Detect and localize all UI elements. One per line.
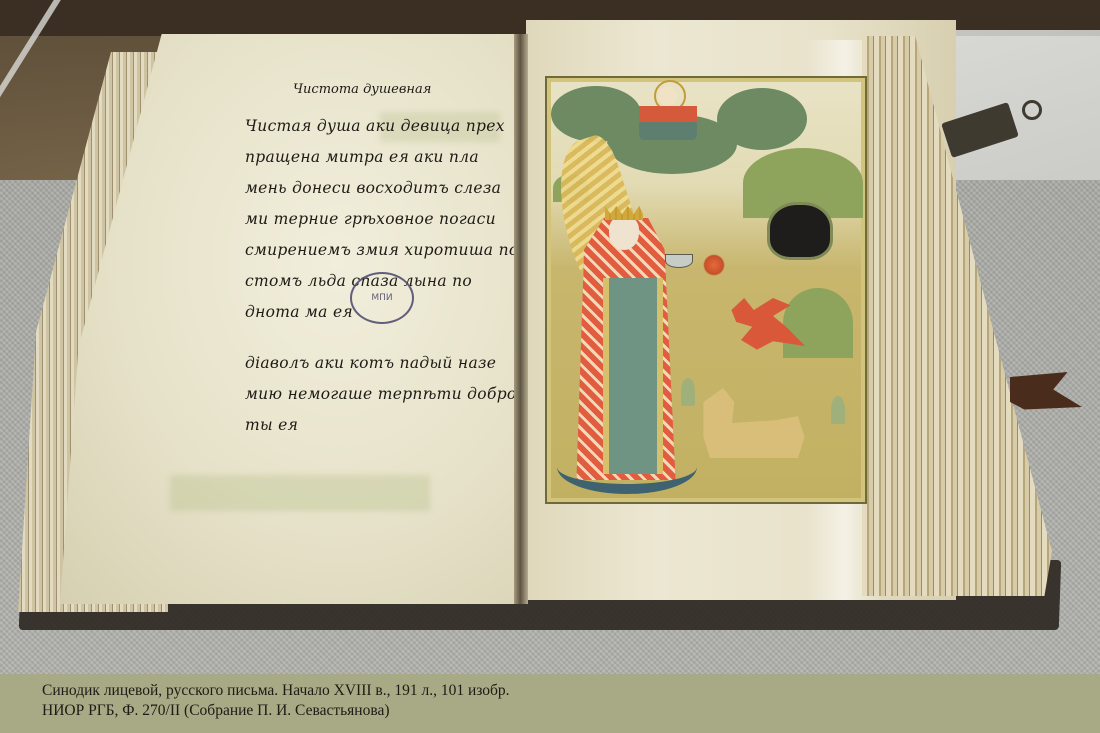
caption-band: Синодик лицевой, русского письма. Начало…: [0, 674, 1100, 733]
fire-icon: [703, 254, 725, 276]
flower-icon: [831, 396, 845, 424]
cave-icon: [767, 202, 833, 260]
text-line: ми терние грѣховное погаси: [245, 204, 515, 235]
flower-icon: [681, 378, 695, 406]
manuscript-photo: Чистота душевная Чистая душа аки девица …: [0, 0, 1100, 674]
caption-title: Синодик лицевой, русского письма. Начало…: [42, 682, 510, 700]
text-line: смирениемъ змия хиротиша по: [245, 235, 515, 266]
text-line: Чистая душа аки девица прех: [245, 111, 515, 142]
library-stamp: МПИ: [350, 272, 414, 324]
chalice-icon: [665, 254, 693, 268]
christ-figure: [639, 84, 697, 140]
text-line: ты ея: [245, 410, 515, 441]
book-gutter: [514, 34, 528, 604]
lion-figure: [699, 388, 809, 458]
text-line: мень донеси восходитъ слеза: [245, 173, 515, 204]
caption-source: НИОР РГБ, Ф. 270/II (Собрание П. И. Сева…: [42, 702, 390, 720]
page-stain: [170, 475, 430, 511]
text-heading: Чистота душевная: [245, 82, 515, 97]
manuscript-text: Чистота душевная Чистая душа аки девица …: [245, 82, 515, 441]
text-line: діаволъ аки котъ падый назе: [245, 348, 515, 379]
miniature-illustration: [545, 76, 867, 504]
cloud-icon: [717, 88, 807, 150]
text-line: пращена митра ея аки пла: [245, 142, 515, 173]
bush-icon: [783, 288, 853, 358]
crescent-moon-icon: [557, 440, 697, 494]
saint-face: [609, 216, 639, 250]
text-line: мию немогаше терпѣти добро: [245, 379, 515, 410]
clasp-ring-icon: [1022, 100, 1042, 120]
